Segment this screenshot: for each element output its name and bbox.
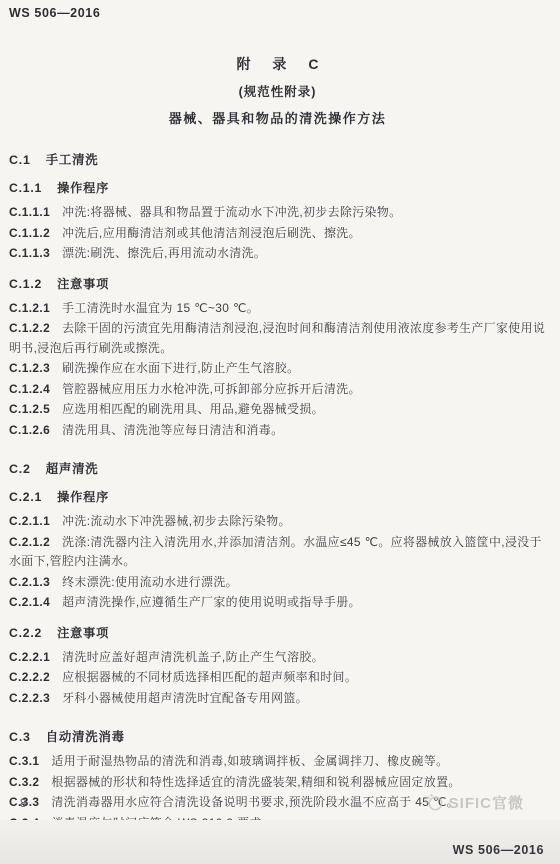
clause-id: C.1.1.1 (9, 205, 50, 219)
watermark-text: SIFIC官微 (449, 792, 524, 813)
clause-text: 清洗消毒器用水应符合清洗设备说明书要求,预洗阶段水温不应高于 45 ℃。 (51, 795, 459, 809)
clause-id: C.2.1.1 (9, 514, 50, 528)
subsection-heading-c22: C.2.2注意事项 (9, 624, 546, 641)
clause: C.2.2.1清洗时应盖好超声清洗机盖子,防止产生气溶胶。 (9, 648, 546, 668)
clause-id: C.2.2.2 (9, 670, 50, 684)
clause-text: 刷洗操作应在水面下进行,防止产生气溶胶。 (62, 361, 299, 375)
clause-id: C.2.1.3 (9, 575, 50, 589)
clause-id: C.1.2.1 (9, 301, 50, 315)
clause-id: C.2.1.4 (9, 595, 50, 609)
clause-text: 管腔器械应用压力水枪冲洗,可拆卸部分应拆开后清洗。 (62, 382, 361, 396)
page-header: WS 506—2016 (9, 6, 546, 20)
clause-text: 清洗时应盖好超声清洗机盖子,防止产生气溶胶。 (62, 650, 324, 664)
clause-text: 冲洗:流动水下冲洗器械,初步去除污染物。 (62, 514, 291, 528)
section-id: C.3 (9, 730, 31, 744)
appendix-title: 器械、器具和物品的清洗操作方法 (9, 108, 546, 127)
subsection-heading-c11: C.1.1操作程序 (9, 179, 546, 196)
doc-code: WS 506—2016 (9, 6, 100, 20)
subsection-heading-c21: C.2.1操作程序 (9, 488, 546, 505)
clause: C.1.1.2冲洗后,应用酶清洁剂或其他清洁剂浸泡后刷洗、擦洗。 (9, 224, 546, 244)
clause-id: C.2.1.2 (9, 535, 50, 549)
section-title: 手工清洗 (46, 153, 99, 167)
clause-id: C.1.2.4 (9, 382, 50, 396)
clause: C.2.1.3终末漂洗:使用流动水进行漂洗。 (9, 573, 546, 593)
clause: C.3.2根据器械的形状和特性选择适宜的清洗盛装架,精细和锐利器械应固定放置。 (9, 773, 546, 793)
clause-text: 根据器械的形状和特性选择适宜的清洗盛装架,精细和锐利器械应固定放置。 (51, 775, 460, 789)
doc-code-footer: WS 506—2016 (453, 843, 544, 857)
clause-id: C.1.2.2 (9, 321, 50, 335)
clause: C.1.1.3漂洗:刷洗、擦洗后,再用流动水清洗。 (9, 244, 546, 264)
clause-text: 手工清洗时水温宜为 15 ℃~30 ℃。 (62, 301, 259, 315)
appendix-type-note: (规范性附录) (9, 82, 546, 100)
section-heading-c1: C.1手工清洗 (9, 150, 546, 168)
subsection-title: 操作程序 (57, 490, 109, 504)
clause-id: C.2.2.1 (9, 650, 50, 664)
clause: C.1.2.5应选用相匹配的刷洗用具、用品,避免器械受损。 (9, 400, 546, 420)
clause-id: C.1.2.6 (9, 423, 50, 437)
clause-text: 适用于耐湿热物品的清洗和消毒,如玻璃调拌板、金属调拌刀、橡皮碗等。 (51, 754, 448, 768)
clause: C.1.2.4管腔器械应用压力水枪冲洗,可拆卸部分应拆开后清洗。 (9, 380, 546, 400)
clause: C.1.2.3刷洗操作应在水面下进行,防止产生气溶胶。 (9, 359, 546, 379)
subsection-heading-c12: C.1.2注意事项 (9, 275, 546, 292)
clause-text: 洗涤:清洗器内注入清洗用水,并添加清洁剂。水温应≤45 ℃。应将器械放入篮筐中,… (9, 535, 542, 569)
clause-text: 清洗用具、清洗池等应每日清洁和消毒。 (62, 423, 283, 437)
clause-text: 应选用相匹配的刷洗用具、用品,避免器械受损。 (62, 402, 324, 416)
clause: C.2.1.1冲洗:流动水下冲洗器械,初步去除污染物。 (9, 512, 546, 532)
subsection-id: C.2.1 (9, 490, 42, 504)
subsection-title: 注意事项 (57, 277, 109, 291)
clause-id: C.1.2.3 (9, 361, 50, 375)
section-id: C.2 (9, 462, 31, 476)
clause: C.1.2.6清洗用具、清洗池等应每日清洁和消毒。 (9, 421, 546, 441)
clause-id: C.1.1.3 (9, 246, 50, 260)
clause-id: C.3.1 (9, 754, 39, 768)
sific-logo-icon (425, 793, 444, 812)
page-number: 8 (20, 798, 26, 810)
subsection-id: C.1.1 (9, 181, 42, 195)
clause-text: 冲洗后,应用酶清洁剂或其他清洁剂浸泡后刷洗、擦洗。 (62, 226, 361, 240)
clause-text: 应根据器械的不同材质选择相匹配的超声频率和时间。 (62, 670, 357, 684)
appendix-title-block: 附 录 C (规范性附录) 器械、器具和物品的清洗操作方法 (9, 54, 546, 127)
section-title: 自动清洗消毒 (46, 730, 125, 744)
next-page-top-band: WS 506—2016 (0, 820, 560, 864)
appendix-label: 附 录 C (9, 54, 546, 74)
clause-id: C.1.1.2 (9, 226, 50, 240)
clause: C.1.2.2去除干固的污渍宜先用酶清洁剂浸泡,浸泡时间和酶清洁剂使用液浓度参考… (9, 319, 546, 358)
clause: C.2.2.3牙科小器械使用超声清洗时宜配备专用网篮。 (9, 689, 546, 709)
clause: C.2.1.2洗涤:清洗器内注入清洗用水,并添加清洁剂。水温应≤45 ℃。应将器… (9, 533, 546, 572)
clause-text: 冲洗:将器械、器具和物品置于流动水下冲洗,初步去除污染物。 (62, 205, 401, 219)
clause-text: 去除干固的污渍宜先用酶清洁剂浸泡,浸泡时间和酶清洁剂使用液浓度参考生产厂家使用说… (9, 321, 545, 355)
clause-id: C.3.2 (9, 775, 39, 789)
clause-text: 超声清洗操作,应遵循生产厂家的使用说明或指导手册。 (62, 595, 361, 609)
document-page: WS 506—2016 附 录 C (规范性附录) 器械、器具和物品的清洗操作方… (0, 0, 560, 854)
clause-text: 终末漂洗:使用流动水进行漂洗。 (62, 575, 238, 589)
section-heading-c3: C.3自动清洗消毒 (9, 727, 546, 745)
section-heading-c2: C.2超声清洗 (9, 459, 546, 477)
clause-id: C.2.2.3 (9, 691, 50, 705)
section-title: 超声清洗 (46, 462, 99, 476)
clause: C.1.2.1手工清洗时水温宜为 15 ℃~30 ℃。 (9, 299, 546, 319)
clause: C.2.1.4超声清洗操作,应遵循生产厂家的使用说明或指导手册。 (9, 593, 546, 613)
clause-text: 牙科小器械使用超声清洗时宜配备专用网篮。 (62, 691, 308, 705)
clause: C.1.1.1冲洗:将器械、器具和物品置于流动水下冲洗,初步去除污染物。 (9, 203, 546, 223)
subsection-id: C.1.2 (9, 277, 42, 291)
section-id: C.1 (9, 153, 31, 167)
clause-id: C.1.2.5 (9, 402, 50, 416)
clause: C.2.2.2应根据器械的不同材质选择相匹配的超声频率和时间。 (9, 668, 546, 688)
subsection-title: 操作程序 (57, 181, 109, 195)
clause: C.3.1适用于耐湿热物品的清洗和消毒,如玻璃调拌板、金属调拌刀、橡皮碗等。 (9, 752, 546, 772)
subsection-id: C.2.2 (9, 626, 42, 640)
clause-text: 漂洗:刷洗、擦洗后,再用流动水清洗。 (62, 246, 266, 260)
watermark: SIFIC官微 (425, 792, 524, 813)
subsection-title: 注意事项 (57, 626, 109, 640)
